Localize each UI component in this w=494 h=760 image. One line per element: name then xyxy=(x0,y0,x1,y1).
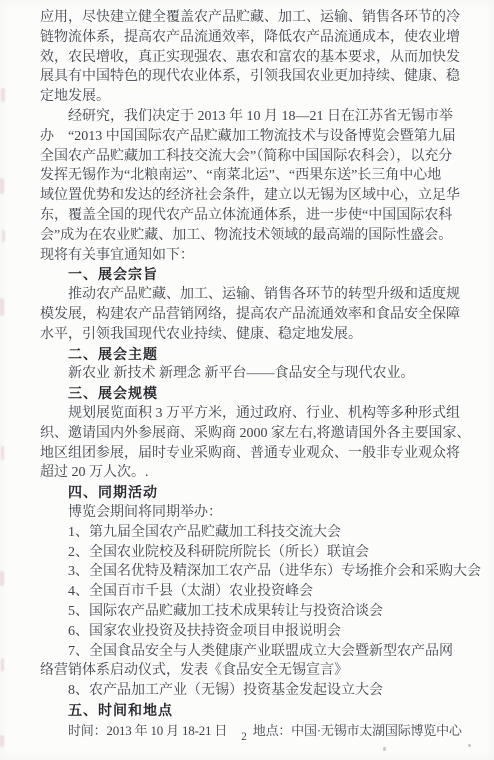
text-line: 超过 20 万人次。. xyxy=(40,463,466,483)
text-line: 全国农产品贮藏加工科技交流大会”（简称中国国际农科会），以充分 xyxy=(40,147,466,167)
text-line: 络营销体系启动仪式，发表《食品安全无锡宣言》 xyxy=(40,661,466,681)
text-line: 链物流体系，提高农产品流通效率，降低农产品流通成本，使农业增 xyxy=(40,28,466,48)
text-line: 东，覆盖全国的现代农产品立体流通体系，进一步使“中国国际农科 xyxy=(40,206,466,226)
text-line: 发挥无锡作为“北粮南运”、“南菜北运”、“西果东送”长三角中心地 xyxy=(40,166,466,186)
text-line: 织、邀请国内外参展商、采购商 2000 家左右,将邀请国外各主要国家、 xyxy=(40,424,466,444)
text-line: 6、国家农业投资及扶持资金项目申报说明会 xyxy=(40,622,466,642)
scan-smear xyxy=(2,230,5,242)
text-line: 2、全国农业院校及科研院所院长（所长）联谊会 xyxy=(40,543,466,563)
text-line: 效，农民增收，真正实现强农、惠农和富农的基本要求，从而加快发 xyxy=(40,48,466,68)
document-body: 应用，尽快建立健全覆盖农产品贮藏、加工、运输、销售各环节的冷链物流体系，提高农产… xyxy=(0,0,494,740)
text-line: 3、全国名优特及精深加工农产品（进华东）专场推介会和采购大会 xyxy=(40,562,466,582)
scan-smear xyxy=(1,446,4,460)
section-heading: 三、展会规模 xyxy=(40,384,466,404)
scan-smear xyxy=(1,88,5,102)
text-line: 5、国际农产品贮藏加工技术成果转让与投资洽谈会 xyxy=(40,602,466,622)
text-line: 域位置优势和发达的经济社会条件，建立以无锡为区域中心，立足华 xyxy=(40,186,466,206)
text-line: 会”成为在农业贮藏、加工、物流技术领域的最高端的国际性盛会。 xyxy=(40,226,466,246)
text-line: 定地发展。 xyxy=(40,87,466,107)
ink-speck xyxy=(383,747,386,751)
section-heading: 五、时间和地点 xyxy=(40,701,466,721)
section-heading: 四、同期活动 xyxy=(40,483,466,503)
text-line: 应用，尽快建立健全覆盖农产品贮藏、加工、运输、销售各环节的冷 xyxy=(40,8,466,28)
text-line: 经研究，我们决定于 2013 年 10 月 18—21 日在江苏省无锡市举 xyxy=(40,107,466,127)
scan-smear xyxy=(0,571,4,586)
section-heading: 二、展会主题 xyxy=(40,345,466,365)
text-line: 1、第九届全国农产品贮藏加工科技交流大会 xyxy=(40,523,466,543)
ink-speck xyxy=(468,744,471,747)
scan-smear xyxy=(1,658,4,671)
section-heading: 一、展会宗旨 xyxy=(40,265,466,285)
document-page: 应用，尽快建立健全覆盖农产品贮藏、加工、运输、销售各环节的冷链物流体系，提高农产… xyxy=(0,0,494,760)
scan-smear xyxy=(0,178,4,194)
text-line: 8、农产品加工产业（无锡）投资基金发起设立大会 xyxy=(40,681,466,701)
text-line: 7、全国食品安全与人类健康产业联盟成立大会暨新型农产品网 xyxy=(40,642,466,662)
text-line: 推动农产品贮藏、加工、运输、销售各环节的转型升级和适度规 xyxy=(40,285,466,305)
text-line: 4、全国百市千县（太湖）农业投资峰会 xyxy=(40,582,466,602)
text-line: 展具有中国特色的现代农业体系，引领我国农业更加持续、健康、稳 xyxy=(40,67,466,87)
text-line: 规划展览面积 3 万平方米，通过政府、行业、机构等多种形式组 xyxy=(40,404,466,424)
text-line: 模发展，构建农产品营销网络，提高农产品流通效率和食品安全保障 xyxy=(40,305,466,325)
text-line: 地区组团参展，届时专业采购商、普通专业观众、一般非专业观众将 xyxy=(40,444,466,464)
scan-smear xyxy=(0,298,4,316)
text-line: 现将有关事宜通知如下： xyxy=(40,246,466,266)
page-number: 2 xyxy=(0,731,488,743)
text-line: 新农业 新技术 新理念 新平台——食品安全与现代农业。 xyxy=(40,364,466,384)
text-line: 博览会期间将同期举办： xyxy=(40,503,466,523)
scan-smear xyxy=(0,735,4,747)
text-line: 水平，引领我国现代农业持续、健康、稳定地发展。 xyxy=(40,325,466,345)
text-line: 办 “2013 中国国际农产品贮藏加工物流技术与设备博览会暨第九届 xyxy=(40,127,466,147)
